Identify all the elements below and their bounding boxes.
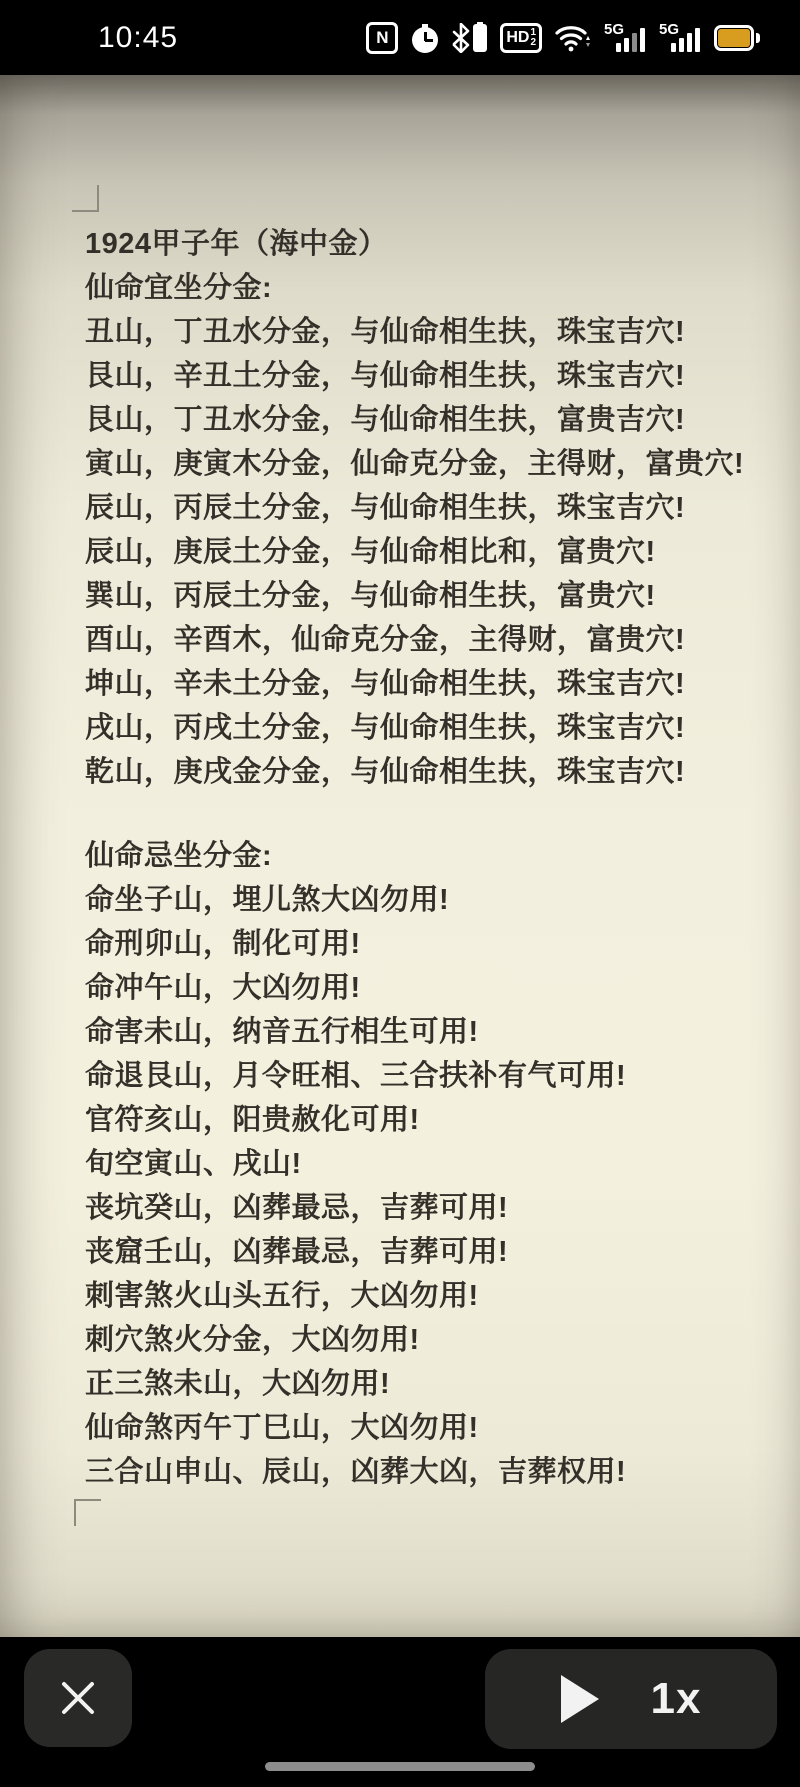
document-line: 命坐子山，埋儿煞大凶勿用!	[85, 878, 775, 922]
document-title: 1924甲子年（海中金）	[85, 222, 775, 266]
section-header-avoid: 仙命忌坐分金:	[85, 834, 775, 878]
document-line: 艮山，丁丑水分金，与仙命相生扶，富贵吉穴!	[85, 398, 775, 442]
clock-time: 10:45	[98, 21, 178, 55]
bluetooth-device-battery-icon	[452, 23, 487, 53]
document-line: 酉山，辛酉木，仙命克分金，主得财，富贵穴!	[85, 618, 775, 662]
volte-hd-icon: HD 1 2	[500, 23, 542, 53]
section-header-suitable: 仙命宜坐分金:	[85, 266, 775, 310]
document-line: 坤山，辛未土分金，与仙命相生扶，珠宝吉穴!	[85, 662, 775, 706]
status-icons: N HD 1 2	[366, 22, 760, 54]
document-line: 巽山，丙辰土分金，与仙命相生扶，富贵穴!	[85, 574, 775, 618]
close-icon	[56, 1676, 100, 1720]
section-gap	[85, 794, 775, 834]
document-line: 乾山，庚戌金分金，与仙命相生扶，珠宝吉穴!	[85, 750, 775, 794]
document-line: 戌山，丙戌土分金，与仙命相生扶，珠宝吉穴!	[85, 706, 775, 750]
play-speed-button[interactable]: 1x	[485, 1649, 777, 1749]
document-line: 仙命煞丙午丁巳山，大凶勿用!	[85, 1406, 775, 1450]
text-boundary-corner-top-left	[72, 185, 99, 212]
document-line: 刺穴煞火分金，大凶勿用!	[85, 1318, 775, 1362]
document-line: 命冲午山，大凶勿用!	[85, 966, 775, 1010]
text-boundary-corner-bottom-left	[74, 1499, 101, 1526]
signal-5g-sim1-icon: 5G	[604, 23, 646, 52]
document-line: 辰山，庚辰土分金，与仙命相比和，富贵穴!	[85, 530, 775, 574]
battery-icon	[714, 25, 760, 51]
player-bar: 1x	[0, 1637, 800, 1787]
document-line: 三合山申山、辰山，凶葬大凶，吉葬权用!	[85, 1450, 775, 1494]
document-line: 艮山，辛丑土分金，与仙命相生扶，珠宝吉穴!	[85, 354, 775, 398]
wifi-icon	[555, 24, 591, 52]
status-bar: 10:45 N HD 1 2	[0, 0, 800, 75]
nfc-icon: N	[366, 22, 398, 54]
alarm-clock-icon	[411, 24, 439, 52]
document-line: 官符亥山，阳贵赦化可用!	[85, 1098, 775, 1142]
document-line: 丑山，丁丑水分金，与仙命相生扶，珠宝吉穴!	[85, 310, 775, 354]
home-indicator[interactable]	[265, 1762, 535, 1771]
document-line: 丧窟壬山，凶葬最忌，吉葬可用!	[85, 1230, 775, 1274]
document-line: 正三煞未山，大凶勿用!	[85, 1362, 775, 1406]
playback-speed-label: 1x	[651, 1674, 702, 1724]
document-page: 1924甲子年（海中金） 仙命宜坐分金: 丑山，丁丑水分金，与仙命相生扶，珠宝吉…	[0, 75, 800, 1637]
document-line: 丧坑癸山，凶葬最忌，吉葬可用!	[85, 1186, 775, 1230]
document-line: 命退艮山，月令旺相、三合扶补有气可用!	[85, 1054, 775, 1098]
document-line: 寅山，庚寅木分金，仙命克分金，主得财，富贵穴!	[85, 442, 775, 486]
document-line: 命刑卯山，制化可用!	[85, 922, 775, 966]
document-text: 1924甲子年（海中金） 仙命宜坐分金: 丑山，丁丑水分金，与仙命相生扶，珠宝吉…	[85, 222, 775, 1494]
document-line: 辰山，丙辰土分金，与仙命相生扶，珠宝吉穴!	[85, 486, 775, 530]
document-line: 旬空寅山、戌山!	[85, 1142, 775, 1186]
battery-fill	[718, 29, 750, 47]
document-line: 刺害煞火山头五行，大凶勿用!	[85, 1274, 775, 1318]
signal-5g-sim2-icon: 5G	[659, 23, 701, 52]
document-line: 命害未山，纳音五行相生可用!	[85, 1010, 775, 1054]
play-icon	[561, 1675, 599, 1723]
close-button[interactable]	[24, 1649, 132, 1747]
